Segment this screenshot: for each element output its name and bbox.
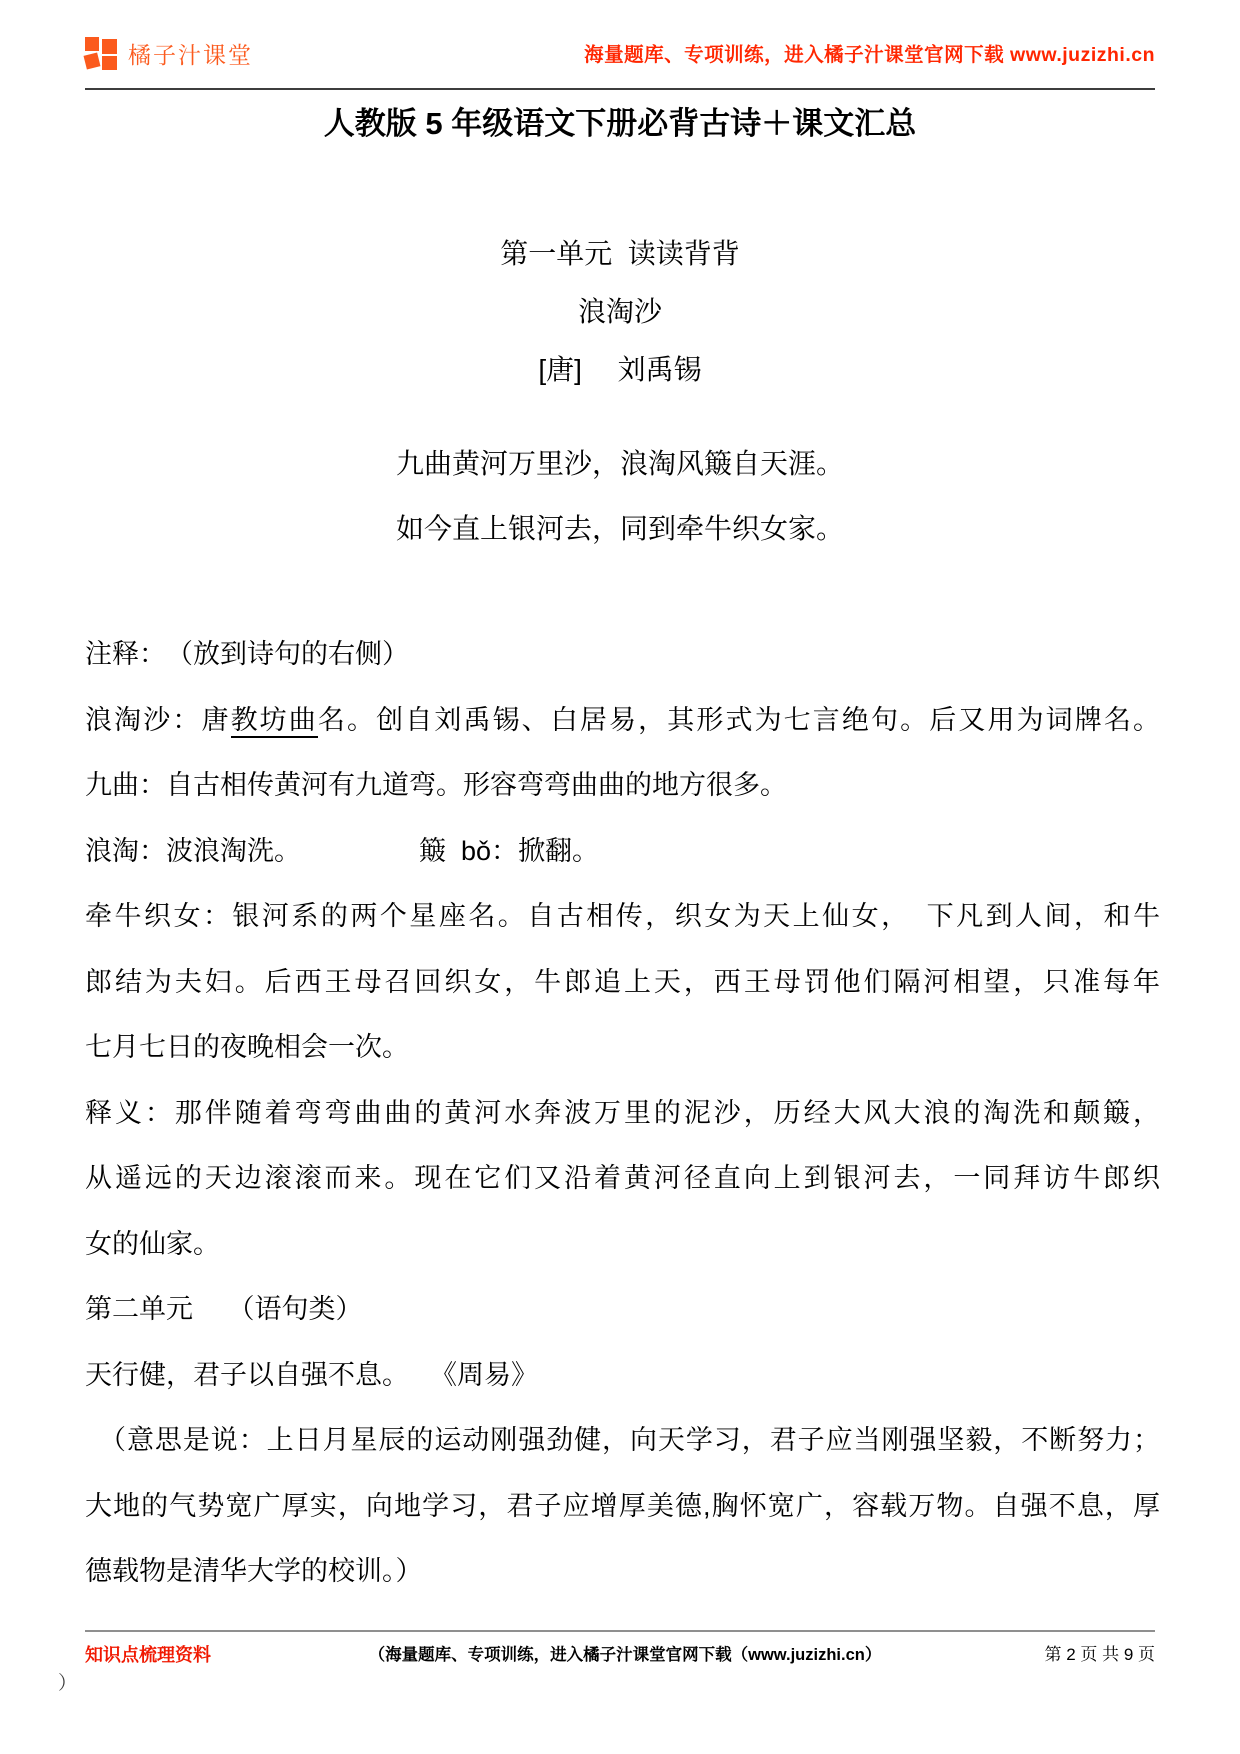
note-langtaosha-suffix: 名。创自刘禹锡、白居易，其形式为七言绝句。后又用为词牌名。 (318, 705, 1160, 735)
unit2-explanation-line-1: （意思是说：上日月星辰的运动刚强劲健，向天学习，君子应当刚强坚毅，不断努力； (85, 1408, 1160, 1474)
note-langtaosha-underlined-term: 教坊曲 (231, 705, 318, 738)
page-header: 橘子汁课堂 海量题库、专项训练，进入橘子汁课堂官网下载 www.juzizhi.… (85, 30, 1155, 76)
note-qianniu-line-3: 七月七日的夜晚相会一次。 (85, 1015, 1160, 1081)
header-tagline: 海量题库、专项训练，进入橘子汁课堂官网下载 www.juzizhi.cn (584, 39, 1155, 67)
note-langtaosha-prefix: 浪淘沙：唐 (85, 705, 231, 735)
poem-author: [唐] 刘禹锡 (0, 341, 1240, 399)
footer-page-indicator: 第 2 页 共 9 页 (940, 1642, 1155, 1668)
header-divider (85, 88, 1155, 90)
footer-left-label: 知识点梳理资料 (85, 1642, 310, 1668)
note-bo: 簸 bǒ：掀翻。 (419, 836, 599, 866)
note-jiuqu: 九曲：自古相传黄河有九道弯。形容弯弯曲曲的地方很多。 (85, 753, 1160, 819)
notes-heading: 注释： （放到诗句的右侧） (85, 622, 1160, 688)
poem-title: 浪淘沙 (0, 283, 1240, 341)
unit2-section: 第二单元 （语句类） 天行健，君子以自强不息。 《周易》 （意思是说：上日月星辰… (85, 1277, 1160, 1605)
page-footer: 知识点梳理资料 （海量题库、专项训练，进入橘子汁课堂官网下载（www.juziz… (85, 1642, 1155, 1668)
poem-verse-line-2: 如今直上银河去，同到牵牛织女家。 (0, 496, 1240, 561)
unit2-explanation-line-3: 德载物是清华大学的校训。） (85, 1539, 1160, 1605)
logo-square-top-left (85, 37, 99, 51)
note-shiyi-line-1: 释义：那伴随着弯弯曲曲的黄河水奔波万里的泥沙，历经大风大浪的淘洗和颠簸， (85, 1081, 1160, 1147)
document-title: 人教版 5 年级语文下册必背古诗＋课文汇总 (0, 104, 1240, 144)
notes-section: 注释： （放到诗句的右侧） 浪淘沙：唐教坊曲名。创自刘禹锡、白居易，其形式为七言… (85, 622, 1160, 1277)
brand: 橘子汁课堂 (85, 35, 253, 71)
unit1-heading: 第一单元 读读背背 (0, 225, 1240, 283)
note-shiyi-line-2: 从遥远的天边滚滚而来。现在它们又沿着黄河径直向上到银河去，一同拜访牛郎织 (85, 1146, 1160, 1212)
poem-section: 第一单元 读读背背 浪淘沙 [唐] 刘禹锡 九曲黄河万里沙，浪淘风簸自天涯。 如… (0, 225, 1240, 561)
note-qianniu-line-2: 郎结为夫妇。后西王母召回织女，牛郎追上天，西王母罚他们隔河相望，只准每年 (85, 950, 1160, 1016)
logo-square-bottom-left (84, 53, 101, 70)
footer-divider (85, 1630, 1155, 1632)
brand-name: 橘子汁课堂 (128, 37, 253, 70)
logo-square-bottom-right (102, 56, 117, 70)
document-page: 橘子汁课堂 海量题库、专项训练，进入橘子汁课堂官网下载 www.juzizhi.… (0, 0, 1240, 1754)
note-langtao: 浪淘：波浪淘洗。 (85, 836, 301, 866)
logo-square-top-right (102, 39, 117, 54)
note-shiyi-line-3: 女的仙家。 (85, 1212, 1160, 1278)
footer-center-note: （海量题库、专项训练，进入橘子汁课堂官网下载（www.juzizhi.cn） (310, 1642, 940, 1668)
poem-verse-line-1: 九曲黄河万里沙，浪淘风簸自天涯。 (0, 431, 1240, 496)
document-body: 注释： （放到诗句的右侧） 浪淘沙：唐教坊曲名。创自刘禹锡、白居易，其形式为七言… (85, 622, 1160, 1605)
note-langtao-bo: 浪淘：波浪淘洗。簸 bǒ：掀翻。 (85, 819, 1160, 885)
unit2-heading: 第二单元 （语句类） (85, 1277, 1160, 1343)
note-qianniu-line-1: 牵牛织女：银河系的两个星座名。自古相传，织女为天上仙女， 下凡到人间，和牛 (85, 884, 1160, 950)
brand-logo-icon (85, 35, 119, 71)
unit2-quote: 天行健，君子以自强不息。 《周易》 (85, 1343, 1160, 1409)
footer-left-wrapped-paren: ） (58, 1668, 77, 1695)
note-langtaosha: 浪淘沙：唐教坊曲名。创自刘禹锡、白居易，其形式为七言绝句。后又用为词牌名。 (85, 688, 1160, 754)
unit2-explanation-line-2: 大地的气势宽广厚实，向地学习，君子应增厚美德,胸怀宽广，容载万物。自强不息，厚 (85, 1474, 1160, 1540)
